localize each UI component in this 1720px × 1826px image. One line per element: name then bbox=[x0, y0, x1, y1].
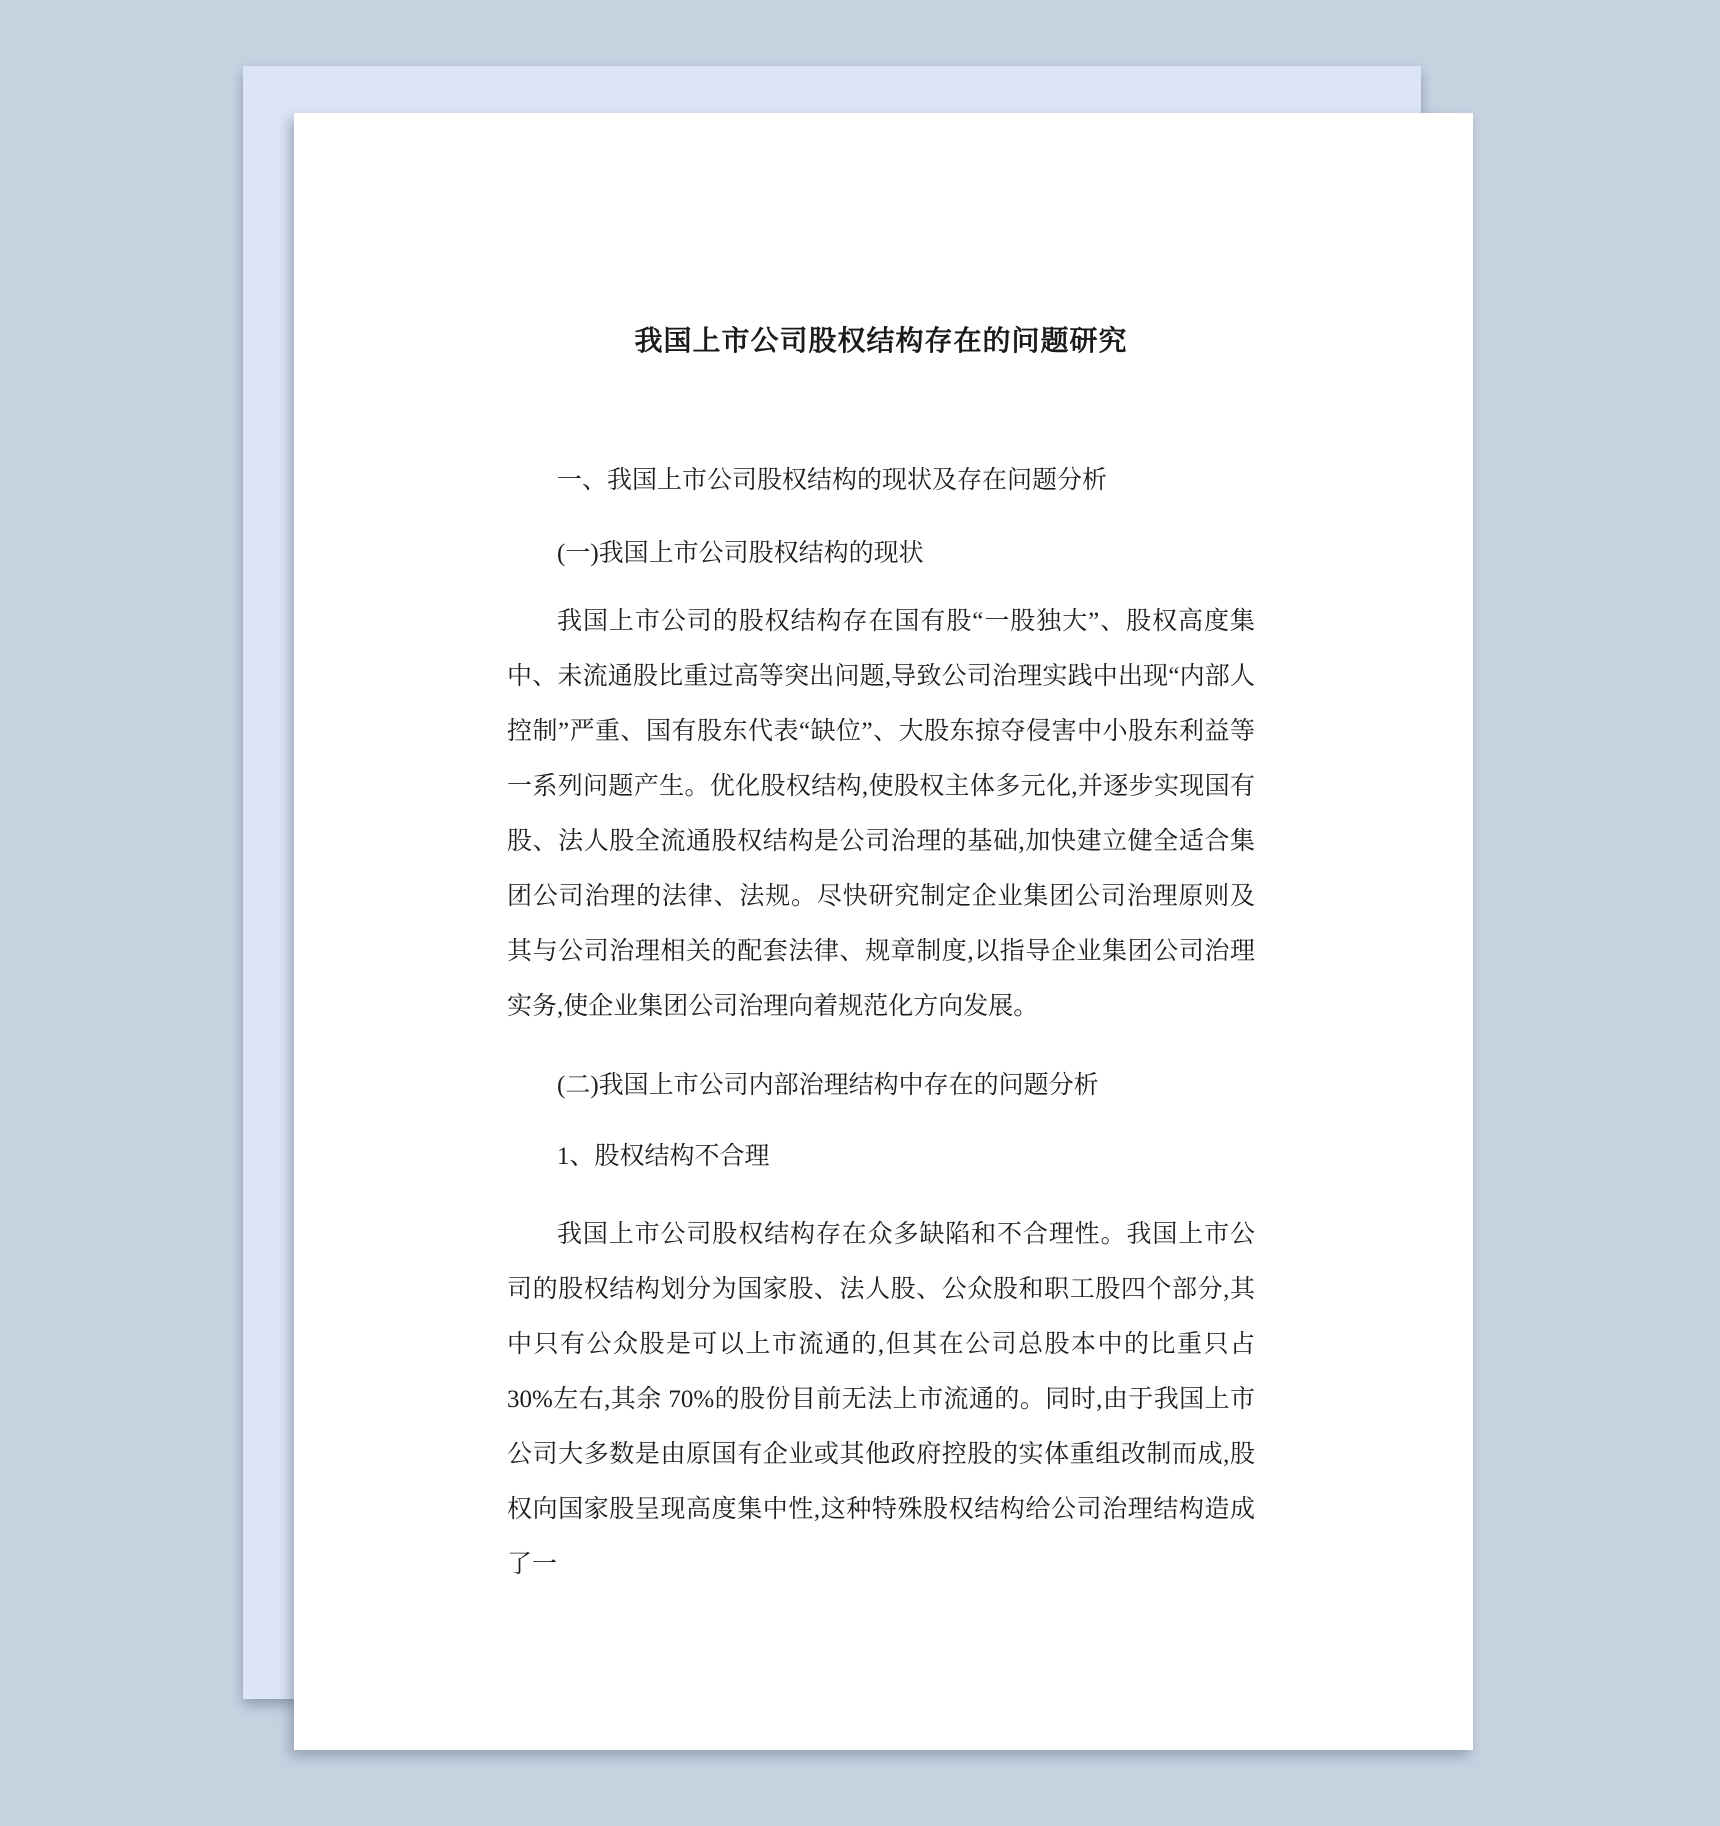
desktop-background: 我国上市公司股权结构存在的问题研究 一、我国上市公司股权结构的现状及存在问题分析… bbox=[0, 0, 1720, 1826]
document-page: 我国上市公司股权结构存在的问题研究 一、我国上市公司股权结构的现状及存在问题分析… bbox=[294, 113, 1473, 1750]
body-paragraph-1: 我国上市公司的股权结构存在国有股“一股独大”、股权高度集中、未流通股比重过高等突… bbox=[507, 594, 1255, 1034]
heading-point-1: 1、股权结构不合理 bbox=[507, 1129, 1255, 1184]
document-content: 我国上市公司股权结构存在的问题研究 一、我国上市公司股权结构的现状及存在问题分析… bbox=[294, 113, 1473, 1750]
heading-section-1: 一、我国上市公司股权结构的现状及存在问题分析 bbox=[507, 453, 1255, 508]
heading-subsection-1-1: (一)我国上市公司股权结构的现状 bbox=[507, 526, 1255, 581]
heading-subsection-1-2: (二)我国上市公司内部治理结构中存在的问题分析 bbox=[507, 1058, 1255, 1113]
body-paragraph-2: 我国上市公司股权结构存在众多缺陷和不合理性。我国上市公司的股权结构划分为国家股、… bbox=[507, 1207, 1255, 1592]
document-title: 我国上市公司股权结构存在的问题研究 bbox=[507, 313, 1255, 368]
